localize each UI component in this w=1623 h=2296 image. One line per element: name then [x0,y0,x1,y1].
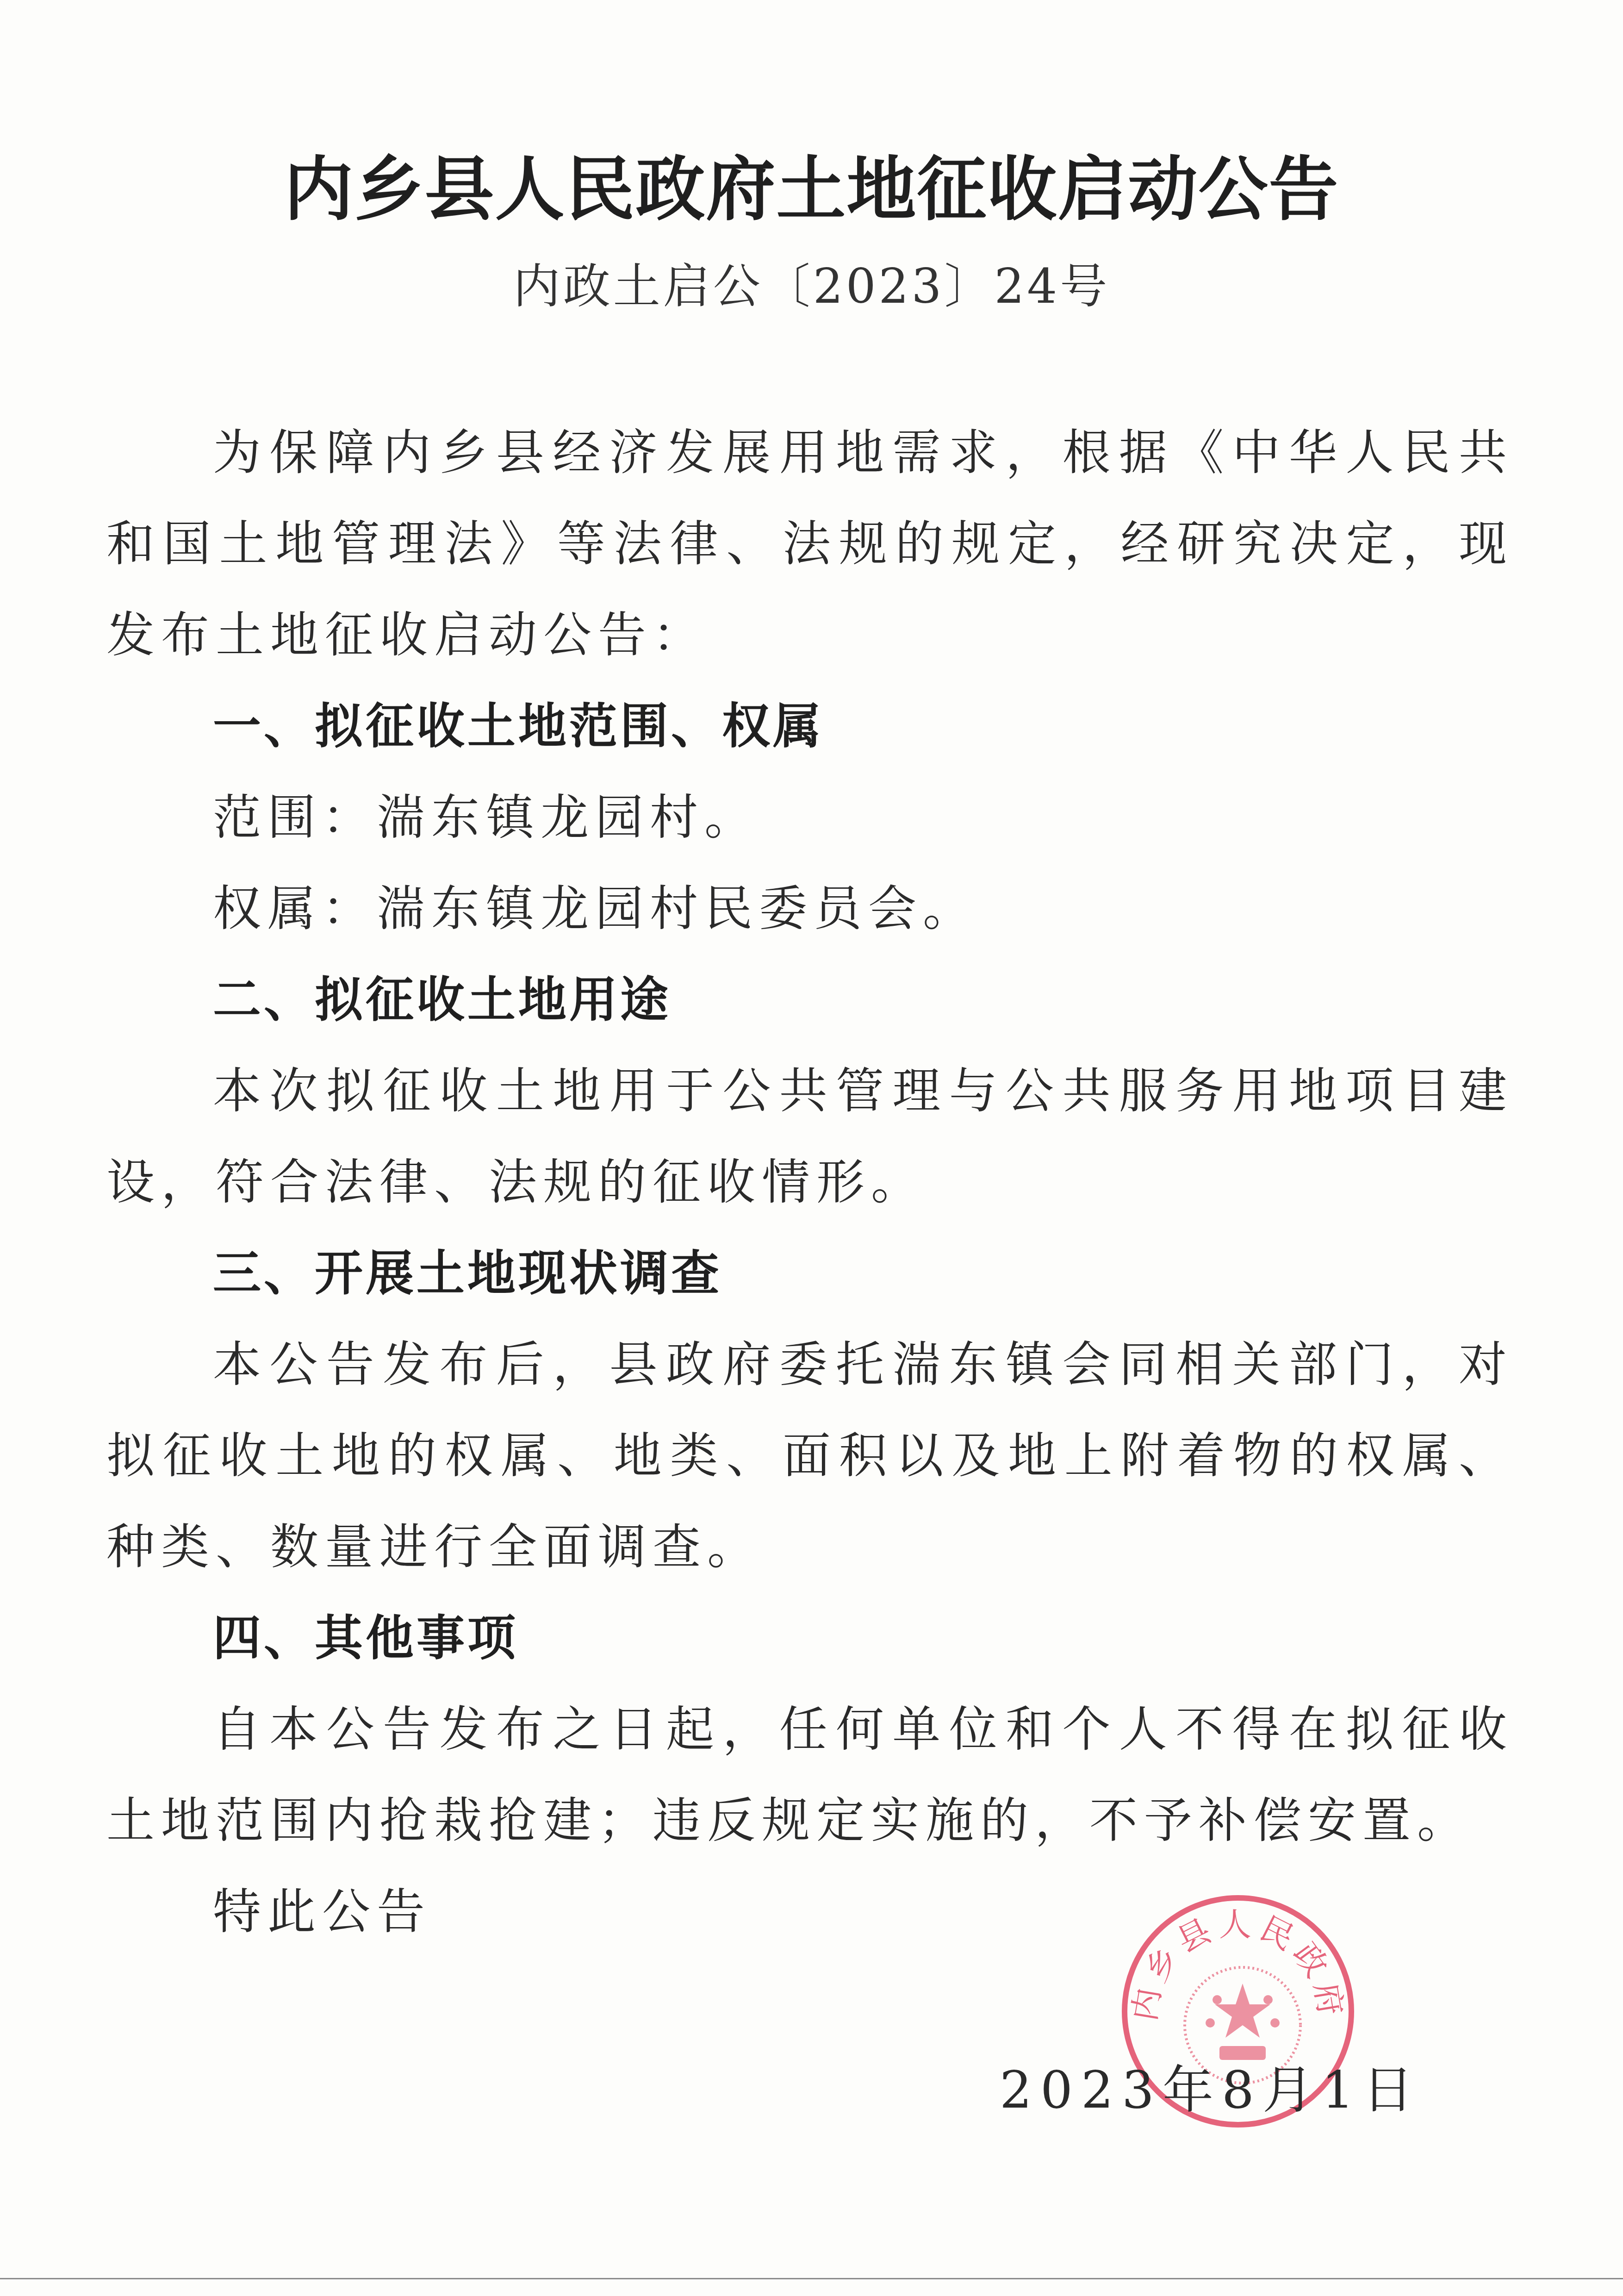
section-1-scope: 范围：湍东镇龙园村。 [106,772,1513,863]
document-number: 内政土启公〔2023〕24号 [0,257,1623,317]
document-date: 2023年8月1日 [1000,2060,1422,2120]
section-3-paragraph: 本公告发布后，县政府委托湍东镇会同相关部门，对拟征收土地的权属、地类、面积以及地… [106,1319,1513,1593]
page-bottom-rule [0,2278,1623,2279]
document-title: 内乡县人民政府土地征收启动公告 [0,148,1623,231]
section-1-heading: 一、拟征收土地范围、权属 [106,681,1513,772]
section-3-heading: 三、开展土地现状调查 [106,1228,1513,1319]
intro-paragraph: 为保障内乡县经济发展用地需求，根据《中华人民共和国土地管理法》等法律、法规的规定… [106,407,1513,681]
section-1-ownership: 权属：湍东镇龙园村民委员会。 [106,863,1513,955]
document-body: 为保障内乡县经济发展用地需求，根据《中华人民共和国土地管理法》等法律、法规的规定… [106,407,1513,1958]
section-2-paragraph: 本次拟征收土地用于公共管理与公共服务用地项目建设，符合法律、法规的征收情形。 [106,1046,1513,1228]
section-2-heading: 二、拟征收土地用途 [106,955,1513,1046]
section-4-paragraph: 自本公告发布之日起，任何单位和个人不得在拟征收土地范围内抢栽抢建；违反规定实施的… [106,1684,1513,1866]
section-4-heading: 四、其他事项 [106,1593,1513,1684]
